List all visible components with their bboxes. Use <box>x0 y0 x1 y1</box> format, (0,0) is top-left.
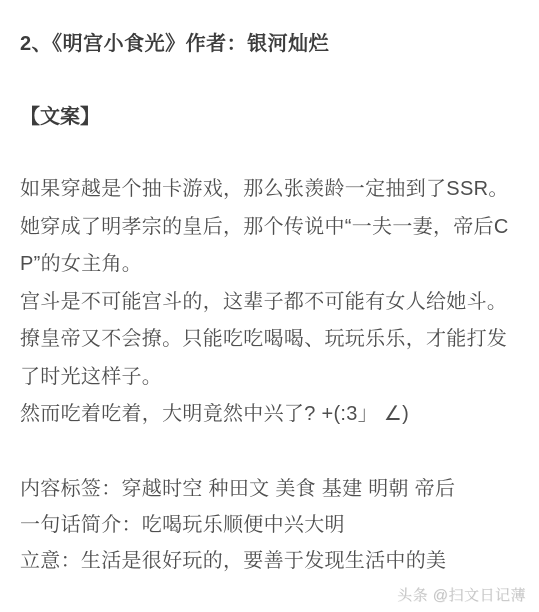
article-page: 2、《明宫小食光》作者：银河灿烂 【文案】 如果穿越是个抽卡游戏，那么张羡龄一定… <box>0 0 539 612</box>
one-line-summary: 一句话简介：吃喝玩乐顺便中兴大明 <box>20 507 521 543</box>
synopsis-paragraph: 宫斗是不可能宫斗的，这辈子都不可能有女人给她斗。 <box>20 284 521 322</box>
content-tags-line: 内容标签：穿越时空 种田文 美食 基建 明朝 帝后 <box>20 471 521 507</box>
meta-block: 内容标签：穿越时空 种田文 美食 基建 明朝 帝后 一句话简介：吃喝玩乐顺便中兴… <box>20 471 521 579</box>
synopsis-paragraph: 她穿成了明孝宗的皇后，那个传说中“一夫一妻，帝后CP”的女主角。 <box>20 209 521 284</box>
synopsis-block: 如果穿越是个抽卡游戏，那么张羡龄一定抽到了SSR。 她穿成了明孝宗的皇后，那个传… <box>20 171 521 434</box>
synopsis-paragraph: 然而吃着吃着，大明竟然中兴了? +(:3」 ∠) <box>20 396 521 434</box>
section-label: 【文案】 <box>20 105 521 129</box>
book-title: 2、《明宫小食光》作者：银河灿烂 <box>20 32 521 56</box>
toutiao-watermark: 头条 @扫文日记薄 <box>397 584 526 605</box>
theme-line: 立意：生活是很好玩的，要善于发现生活中的美 <box>20 543 521 579</box>
synopsis-paragraph: 如果穿越是个抽卡游戏，那么张羡龄一定抽到了SSR。 <box>20 171 521 209</box>
synopsis-paragraph: 撩皇帝又不会撩。只能吃吃喝喝、玩玩乐乐，才能打发了时光这样子。 <box>20 321 521 396</box>
